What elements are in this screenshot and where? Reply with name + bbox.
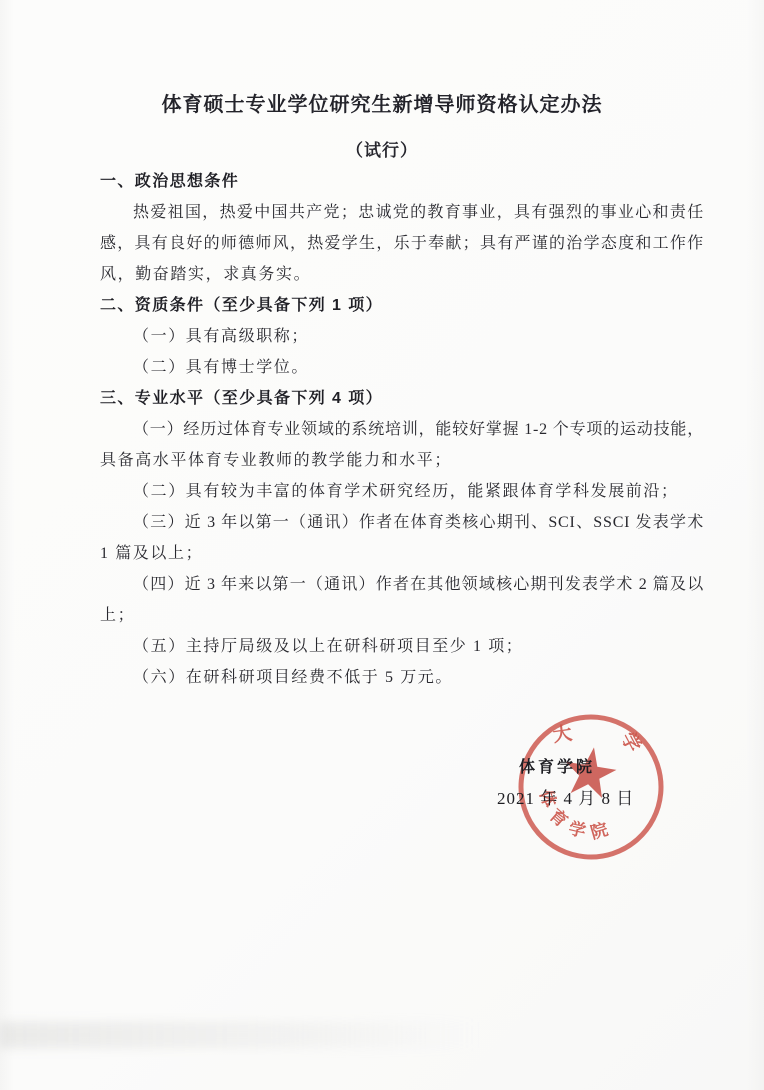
section-heading: 三、专业水平（至少具备下列 4 项） <box>100 383 704 414</box>
signature-date: 2021 年 4 月 8 日 <box>497 784 634 809</box>
body-line: （二）具有博士学位。 <box>100 352 704 383</box>
body-line: （六）在研科研项目经费不低于 5 万元。 <box>100 662 704 693</box>
section-heading: 二、资质条件（至少具备下列 1 项） <box>100 290 704 321</box>
body-line: （一）具有高级职称； <box>100 321 704 352</box>
body-line: 热爱祖国，热爱中国共产党；忠诚党的教育事业，具有强烈的事业心和责任 <box>100 197 704 228</box>
body-line: （二）具有较为丰富的体育学术研究经历，能紧跟体育学科发展前沿； <box>100 476 704 507</box>
body-line: （四）近 3 年来以第一（通讯）作者在其他领域核心期刊发表学术 2 篇及以 <box>100 569 704 600</box>
body-line: 1 篇及以上； <box>100 538 704 569</box>
body-line: （一）经历过体育专业领域的系统培训，能较好掌握 1-2 个专项的运动技能， <box>100 414 704 445</box>
body-line: （三）近 3 年以第一（通讯）作者在体育类核心期刊、SCI、SSCI 发表学术 <box>100 507 704 538</box>
page-title: 体育硕士专业学位研究生新增导师资格认定办法 <box>0 88 764 117</box>
body-line: 具备高水平体育专业教师的教学能力和水平； <box>100 445 704 476</box>
body-line: 风，勤奋踏实，求真务实。 <box>100 259 704 290</box>
body-line: 上； <box>100 600 704 631</box>
scanned-document-page: 体育硕士专业学位研究生新增导师资格认定办法 （试行） 一、政治思想条件 热爱祖国… <box>0 0 764 1090</box>
section-heading: 一、政治思想条件 <box>100 166 704 197</box>
document-body: 一、政治思想条件 热爱祖国，热爱中国共产党；忠诚党的教育事业，具有强烈的事业心和… <box>100 166 704 693</box>
page-subtitle: （试行） <box>0 136 764 161</box>
scan-smudge <box>0 1022 480 1048</box>
body-line: （五）主持厅局级及以上在研科研项目至少 1 项； <box>100 631 704 662</box>
signature-unit: 体育学院 <box>519 754 595 777</box>
body-line: 感，具有良好的师德师风，热爱学生，乐于奉献；具有严谨的治学态度和工作作 <box>100 228 704 259</box>
